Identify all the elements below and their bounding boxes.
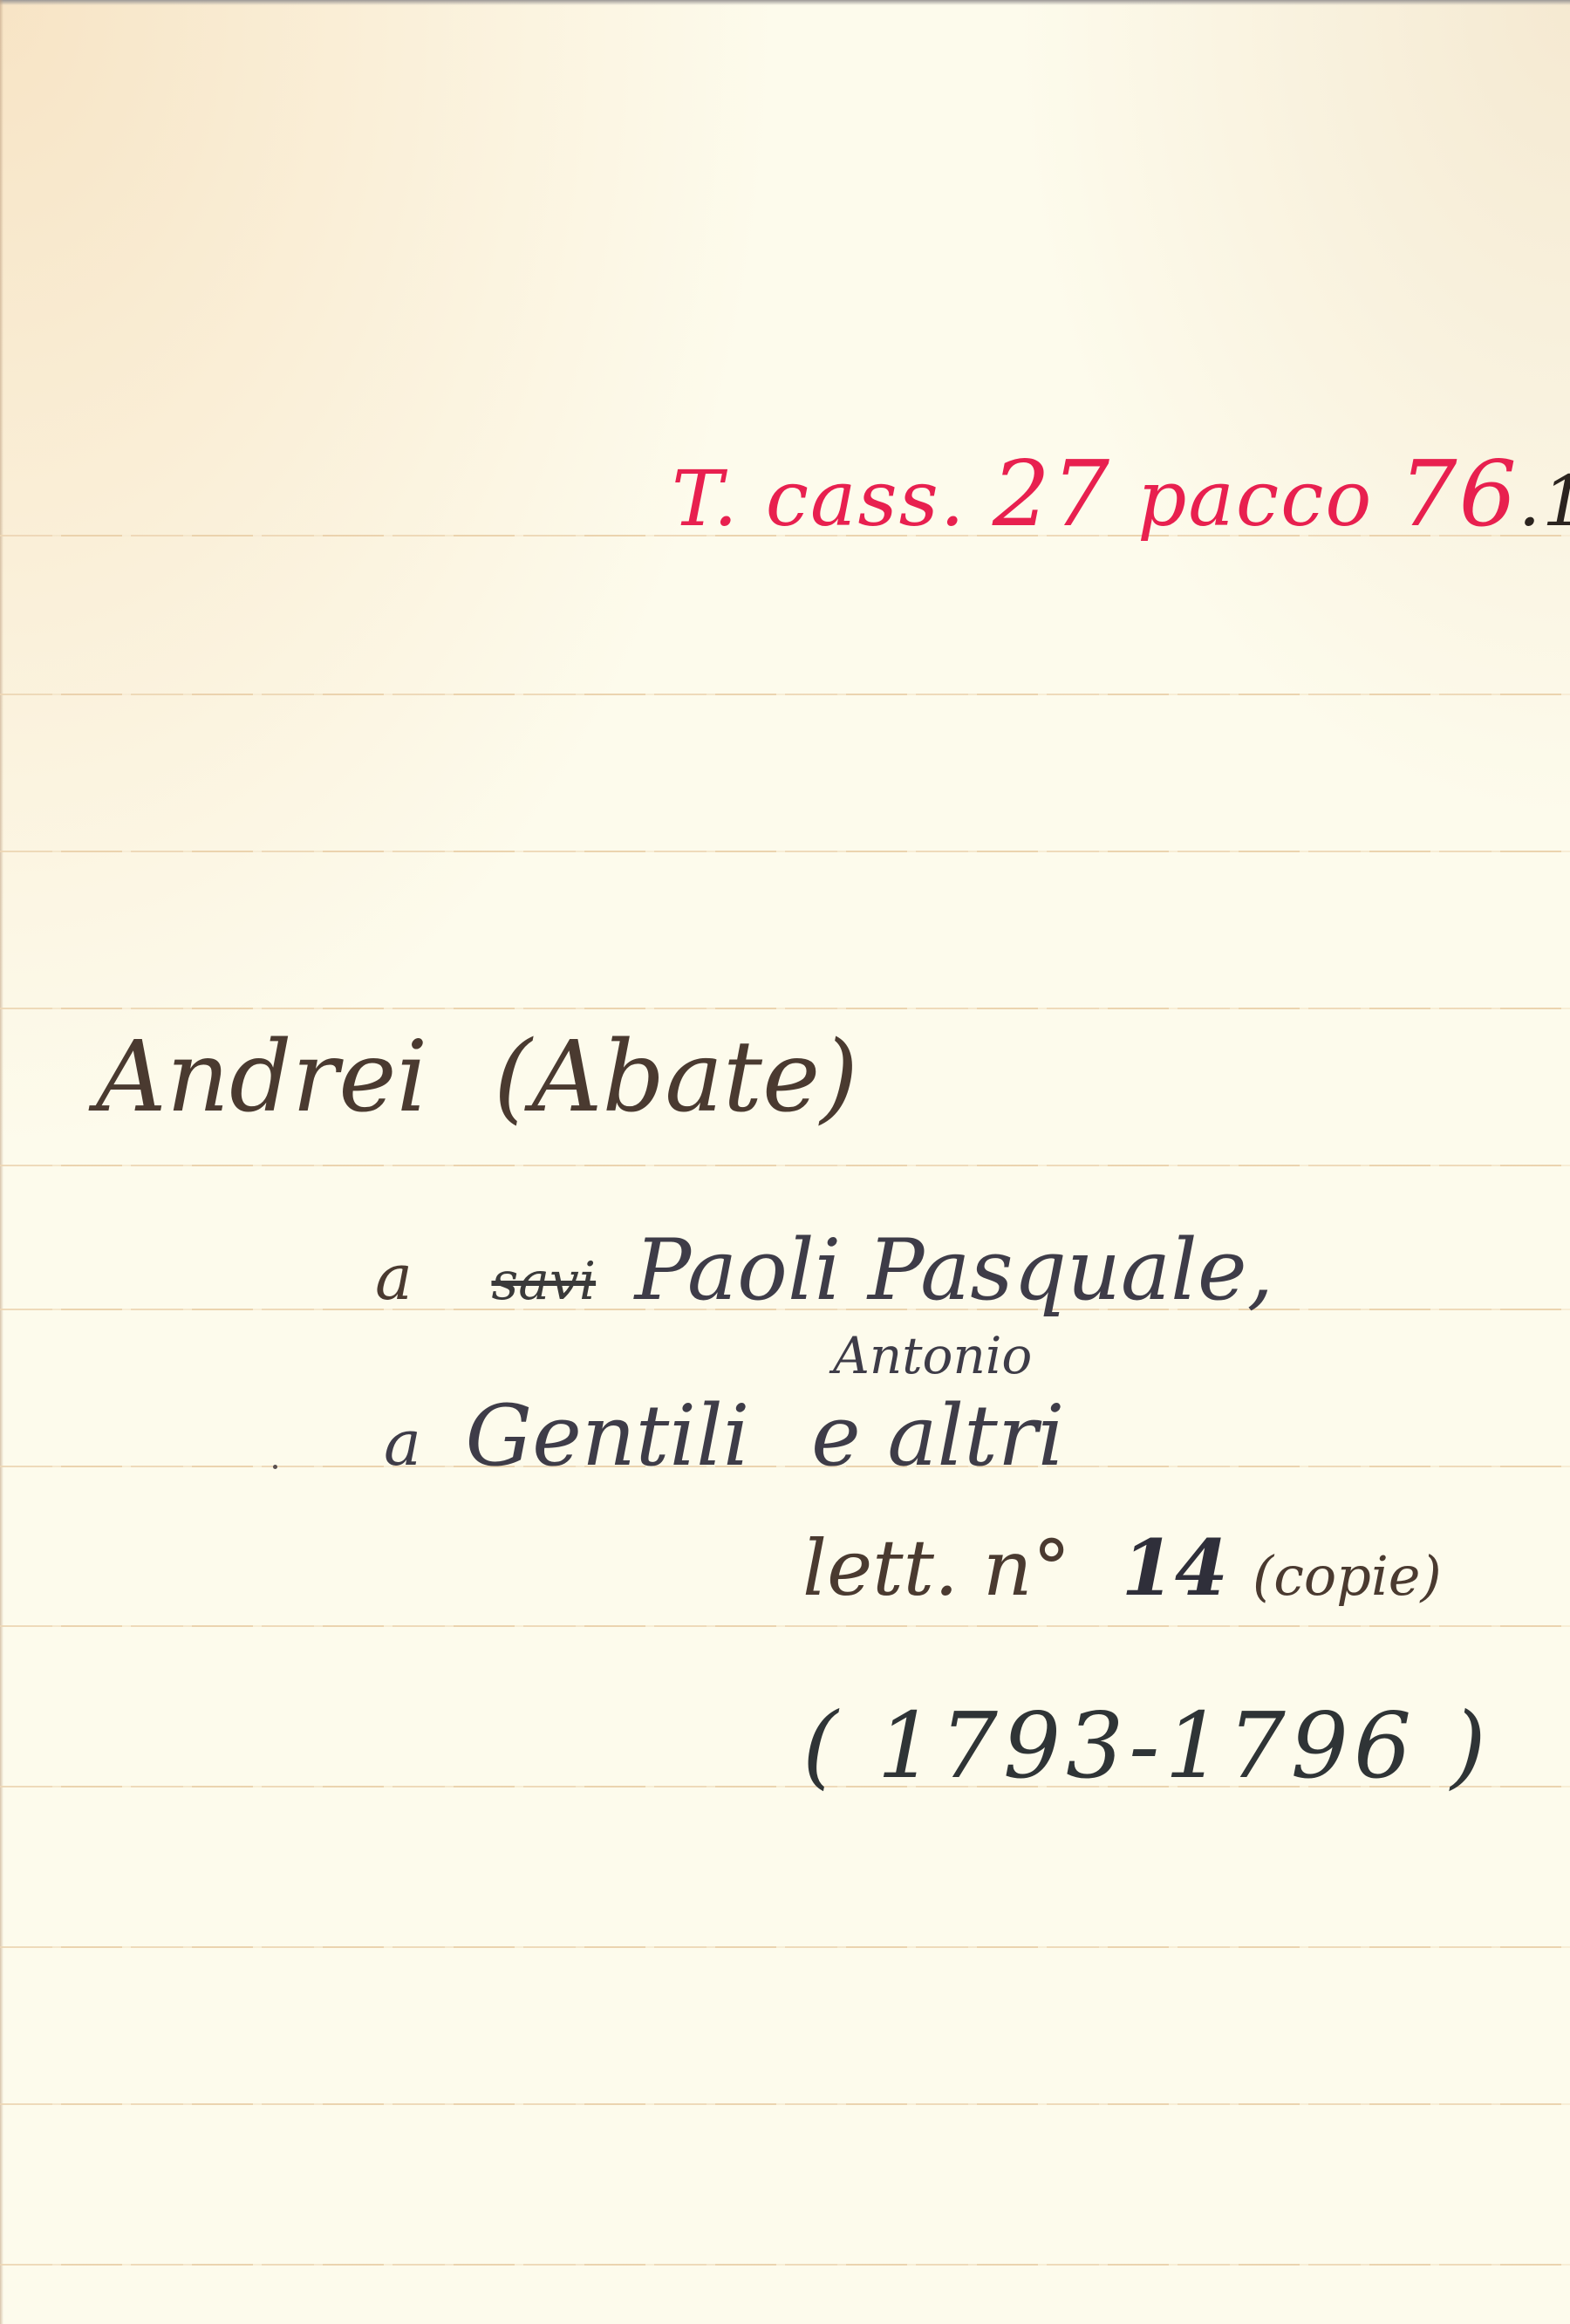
ruled-line <box>0 1008 1570 1009</box>
shelfmark: T. cass. 27 pacco 76.1 <box>672 441 1570 547</box>
count-label: lett. n° <box>802 1523 1071 1613</box>
heading: Andrei (Abate) <box>96 1021 858 1134</box>
date-range: ( 1793-1796 ) <box>802 1692 1491 1799</box>
heading-qualifier: (Abate) <box>494 1021 858 1134</box>
shelfmark-pacco-label: pacco <box>1137 454 1373 543</box>
ink-dot <box>273 1465 277 1469</box>
ruled-line <box>0 851 1570 852</box>
shelfmark-pacco: 76 <box>1399 441 1518 547</box>
recipients-line-1: a savi Paoli Pasquale, <box>375 1221 1273 1319</box>
shelfmark-prefix: T. cass. <box>672 454 966 543</box>
struck-word: savi <box>491 1251 596 1312</box>
card-top-edge <box>0 0 1570 5</box>
ruled-line <box>0 1165 1570 1166</box>
shelfmark-suffix: .1 <box>1519 461 1570 542</box>
recipient-name-gentili: Gentili <box>465 1387 749 1485</box>
recipient-suffix: e altri <box>811 1387 1064 1485</box>
heading-name: Andrei <box>96 1021 427 1134</box>
interlinear-insert-antonio: Antonio <box>833 1326 1032 1385</box>
recipients-line-2: a Gentili e altri <box>384 1387 1064 1485</box>
index-card: T. cass. 27 pacco 76.1 Andrei (Abate) a … <box>0 0 1570 2324</box>
card-left-edge <box>0 0 3 2324</box>
recipient-name-paoli: Paoli Pasquale, <box>635 1221 1274 1319</box>
ruled-line <box>0 694 1570 695</box>
ruled-line <box>0 1625 1570 1627</box>
letter-count: lett. n° 14 (copie) <box>802 1522 1442 1613</box>
count-number: 14 <box>1122 1522 1228 1613</box>
ruled-line <box>0 2103 1570 2105</box>
count-note: (copie) <box>1253 1544 1442 1608</box>
ruled-line <box>0 2264 1570 2266</box>
shelfmark-cassetta: 27 <box>993 441 1111 547</box>
recipient-prefix: a <box>384 1406 421 1480</box>
ruled-line <box>0 1946 1570 1948</box>
recipient-prefix: a <box>375 1241 413 1314</box>
